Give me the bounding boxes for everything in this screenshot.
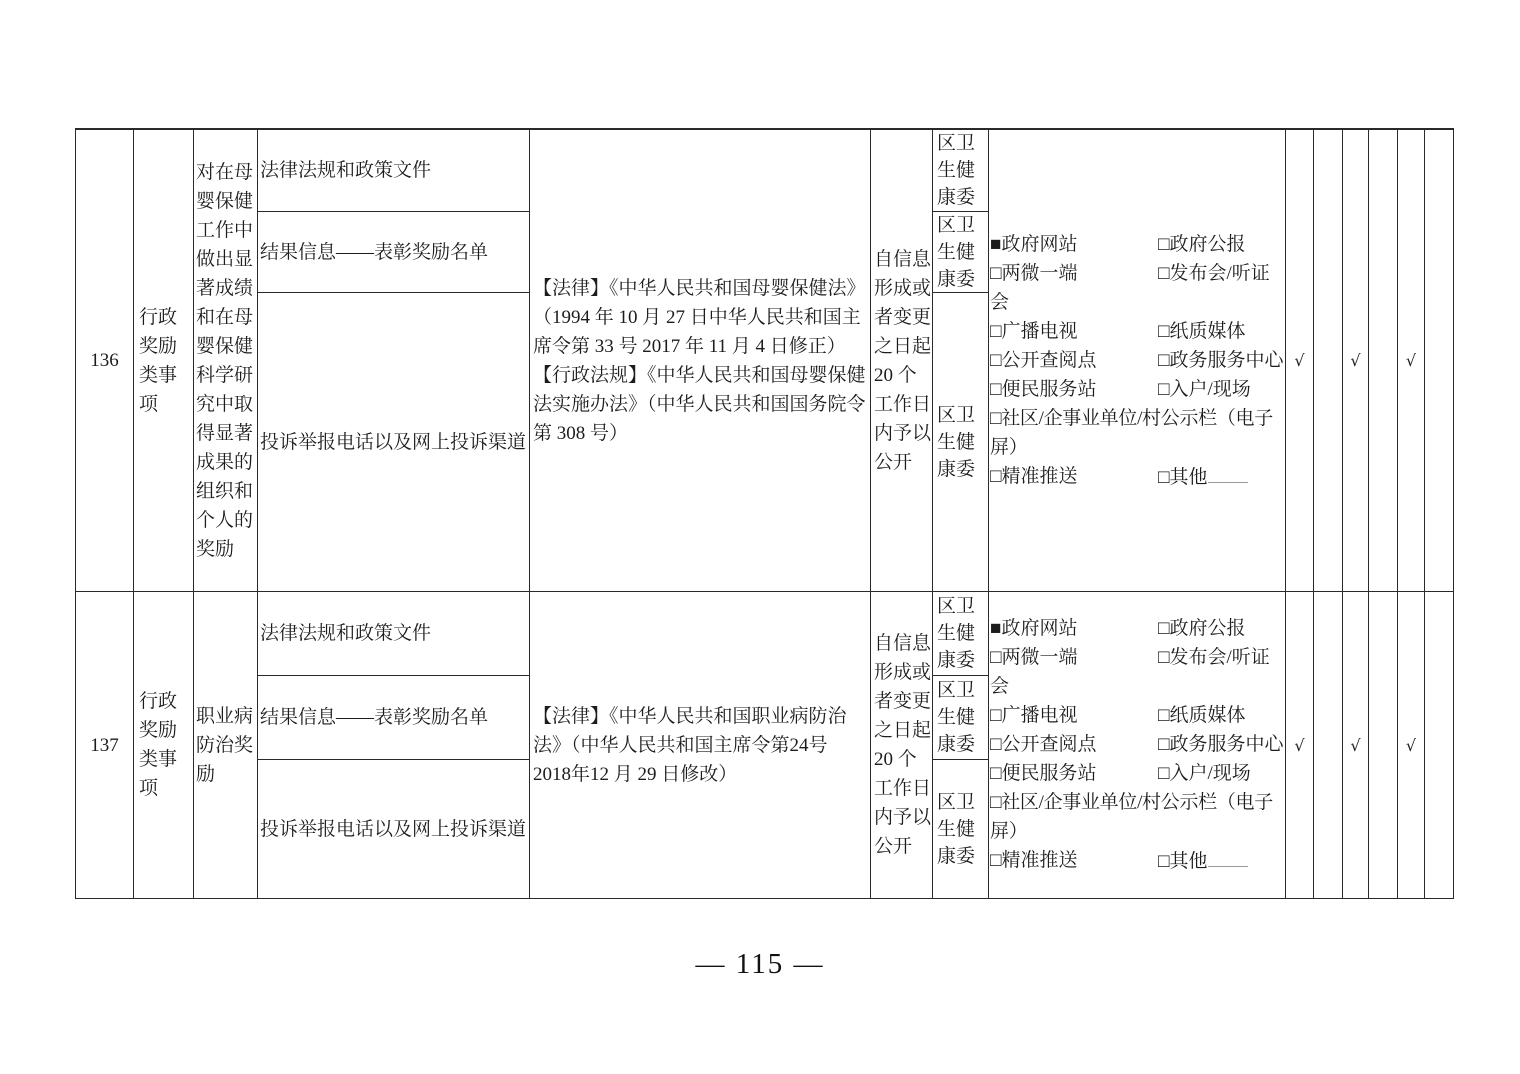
checkbox-unchecked-icon: □ bbox=[1158, 263, 1169, 284]
disclosure-table: 136 行政奖励类事项 对在母婴保健工作中做出显著成绩和在母婴保健科学研究中取得… bbox=[75, 128, 1454, 899]
check-mark: √ bbox=[1350, 731, 1360, 760]
seq-cell: 137 bbox=[76, 592, 134, 899]
channel-label: 便民服务站 bbox=[1001, 763, 1096, 784]
category-text: 行政奖励类事项 bbox=[139, 303, 188, 419]
check-cell bbox=[1314, 130, 1343, 592]
category-cell: 行政奖励类事项 bbox=[134, 130, 194, 592]
channel-label: 政府网站 bbox=[1001, 618, 1077, 639]
checkbox-unchecked-icon: □ bbox=[990, 763, 1001, 784]
check-cell: √ bbox=[1286, 130, 1314, 592]
checkbox-unchecked-icon: □ bbox=[990, 321, 1001, 342]
checkbox-unchecked-icon: □ bbox=[990, 408, 1001, 429]
other-blank-line bbox=[1208, 846, 1248, 867]
checkbox-unchecked-icon: □ bbox=[1158, 705, 1169, 726]
seq-cell: 136 bbox=[76, 130, 134, 592]
check-cell: √ bbox=[1286, 592, 1314, 899]
item-name-text: 职业病防治奖励 bbox=[196, 702, 255, 789]
channel-line: □广播电视□纸质媒体 bbox=[990, 317, 1284, 346]
checkbox-unchecked-icon: □ bbox=[990, 850, 1001, 871]
content-text: 投诉举报电话以及网上投诉渠道 bbox=[260, 428, 527, 457]
checkbox-unchecked-icon: □ bbox=[990, 705, 1001, 726]
checkbox-unchecked-icon: □ bbox=[990, 263, 1001, 284]
check-cell bbox=[1425, 592, 1454, 899]
checkbox-unchecked-icon: □ bbox=[990, 379, 1001, 400]
checkbox-unchecked-icon: □ bbox=[990, 647, 1001, 668]
channel-line: □精准推送□其他 bbox=[990, 462, 1284, 492]
channel-label: 其他 bbox=[1169, 851, 1207, 872]
channel-label: 社区/企事业单位/村公示栏（电子屏） bbox=[990, 408, 1273, 458]
channel-line: □便民服务站□入户/现场 bbox=[990, 759, 1284, 788]
channel-label: 纸质媒体 bbox=[1169, 321, 1245, 342]
check-mark: √ bbox=[1294, 731, 1304, 760]
channel-label: 广播电视 bbox=[1001, 705, 1077, 726]
checkbox-unchecked-icon: □ bbox=[1158, 234, 1169, 255]
content-cell: 法律法规和政策文件 bbox=[258, 592, 530, 676]
check-cell bbox=[1369, 592, 1398, 899]
seq-number: 137 bbox=[90, 731, 119, 760]
channel-label: 政务服务中心 bbox=[1169, 350, 1283, 371]
channel-label: 精准推送 bbox=[1001, 850, 1077, 871]
check-mark: √ bbox=[1294, 346, 1304, 375]
item-name-cell: 职业病防治奖励 bbox=[194, 592, 258, 899]
time-limit-text: 自信息形成或者变更之日起20 个工作日内予以公开 bbox=[874, 629, 932, 861]
check-mark: √ bbox=[1350, 346, 1360, 375]
category-cell: 行政奖励类事项 bbox=[134, 592, 194, 899]
checkbox-unchecked-icon: □ bbox=[1158, 618, 1169, 639]
checkbox-unchecked-icon: □ bbox=[1158, 350, 1169, 371]
category-text: 行政奖励类事项 bbox=[139, 687, 188, 803]
department-text: 区卫生健康委 bbox=[937, 212, 984, 293]
content-cell: 投诉举报电话以及网上投诉渠道 bbox=[258, 293, 530, 592]
channel-label: 入户/现场 bbox=[1169, 763, 1250, 784]
channel-line: □公开查阅点□政务服务中心 bbox=[990, 346, 1284, 375]
channel-line: ■政府网站□政府公报 bbox=[990, 614, 1284, 643]
check-cell: √ bbox=[1343, 592, 1369, 899]
seq-number: 136 bbox=[90, 346, 119, 375]
checkbox-unchecked-icon: □ bbox=[990, 734, 1001, 755]
check-cell: √ bbox=[1343, 130, 1369, 592]
legal-basis-paragraph: 【法律】《中华人民共和国母婴保健法》（1994 年 10 月 27 日中华人民共… bbox=[533, 274, 867, 361]
checkbox-unchecked-icon: □ bbox=[1158, 321, 1169, 342]
checkbox-checked-icon: ■ bbox=[990, 234, 1001, 255]
channel-label: 公开查阅点 bbox=[1001, 350, 1096, 371]
channel-label: 两微一端 bbox=[1001, 647, 1077, 668]
channels-cell: ■政府网站□政府公报 □两微一端□发布会/听证会 □广播电视□纸质媒体 □公开查… bbox=[989, 130, 1286, 592]
department-cell: 区卫生健康委 bbox=[933, 130, 989, 212]
check-cell bbox=[1425, 130, 1454, 592]
channel-label: 广播电视 bbox=[1001, 321, 1077, 342]
department-cell: 区卫生健康委 bbox=[933, 676, 989, 760]
legal-basis-paragraph: 【法律】《中华人民共和国职业病防治法》（中华人民共和国主席令第24号 2018年… bbox=[533, 702, 867, 789]
checkbox-unchecked-icon: □ bbox=[990, 466, 1001, 487]
time-limit-text: 自信息形成或者变更之日起20 个工作日内予以公开 bbox=[874, 245, 932, 477]
channel-label: 入户/现场 bbox=[1169, 379, 1250, 400]
time-limit-cell: 自信息形成或者变更之日起20 个工作日内予以公开 bbox=[871, 592, 933, 899]
department-text: 区卫生健康委 bbox=[937, 789, 984, 870]
channel-label: 便民服务站 bbox=[1001, 379, 1096, 400]
check-cell bbox=[1314, 592, 1343, 899]
checkbox-unchecked-icon: □ bbox=[990, 350, 1001, 371]
department-text: 区卫生健康委 bbox=[937, 130, 984, 211]
channel-label: 政府网站 bbox=[1001, 234, 1077, 255]
checkbox-unchecked-icon: □ bbox=[1158, 647, 1169, 668]
department-cell: 区卫生健康委 bbox=[933, 592, 989, 676]
checkbox-unchecked-icon: □ bbox=[1158, 467, 1169, 488]
channel-label: 其他 bbox=[1169, 467, 1207, 488]
channel-line: □两微一端□发布会/听证会 bbox=[990, 259, 1284, 317]
checkbox-unchecked-icon: □ bbox=[1158, 379, 1169, 400]
content-cell: 结果信息——表彰奖励名单 bbox=[258, 212, 530, 293]
channel-line: □广播电视□纸质媒体 bbox=[990, 701, 1284, 730]
channel-label: 政府公报 bbox=[1169, 234, 1245, 255]
channel-label: 社区/企事业单位/村公示栏（电子屏） bbox=[990, 792, 1273, 842]
check-cell bbox=[1369, 130, 1398, 592]
check-cell: √ bbox=[1398, 592, 1425, 899]
checkbox-unchecked-icon: □ bbox=[1158, 734, 1169, 755]
content-cell: 法律法规和政策文件 bbox=[258, 130, 530, 212]
channel-label: 两微一端 bbox=[1001, 263, 1077, 284]
legal-basis-cell: 【法律】《中华人民共和国职业病防治法》（中华人民共和国主席令第24号 2018年… bbox=[530, 592, 871, 899]
page-number: — 115 — bbox=[0, 948, 1520, 981]
content-text: 结果信息——表彰奖励名单 bbox=[260, 238, 527, 267]
department-text: 区卫生健康委 bbox=[937, 593, 984, 674]
content-text: 投诉举报电话以及网上投诉渠道 bbox=[260, 815, 527, 844]
channel-label: 政务服务中心 bbox=[1169, 734, 1283, 755]
department-text: 区卫生健康委 bbox=[937, 677, 984, 758]
checkbox-unchecked-icon: □ bbox=[1158, 763, 1169, 784]
item-name-cell: 对在母婴保健工作中做出显著成绩和在母婴保健科学研究中取得显著成果的组织和个人的奖… bbox=[194, 130, 258, 592]
check-mark: √ bbox=[1406, 731, 1416, 760]
content-cell: 投诉举报电话以及网上投诉渠道 bbox=[258, 760, 530, 899]
channel-line: □精准推送□其他 bbox=[990, 846, 1284, 876]
channels-cell: ■政府网站□政府公报 □两微一端□发布会/听证会 □广播电视□纸质媒体 □公开查… bbox=[989, 592, 1286, 899]
check-cell: √ bbox=[1398, 130, 1425, 592]
channel-line: □社区/企事业单位/村公示栏（电子屏） bbox=[990, 788, 1284, 846]
department-cell: 区卫生健康委 bbox=[933, 760, 989, 899]
content-text: 结果信息——表彰奖励名单 bbox=[260, 703, 527, 732]
channel-label: 政府公报 bbox=[1169, 618, 1245, 639]
channel-line: □社区/企事业单位/村公示栏（电子屏） bbox=[990, 404, 1284, 462]
content-text: 法律法规和政策文件 bbox=[260, 156, 527, 185]
content-cell: 结果信息——表彰奖励名单 bbox=[258, 676, 530, 760]
channel-label: 公开查阅点 bbox=[1001, 734, 1096, 755]
channel-line: □便民服务站□入户/现场 bbox=[990, 375, 1284, 404]
department-text: 区卫生健康委 bbox=[937, 402, 984, 483]
channel-line: □公开查阅点□政务服务中心 bbox=[990, 730, 1284, 759]
channel-label: 纸质媒体 bbox=[1169, 705, 1245, 726]
channel-line: □两微一端□发布会/听证会 bbox=[990, 643, 1284, 701]
checkbox-unchecked-icon: □ bbox=[990, 792, 1001, 813]
content-text: 法律法规和政策文件 bbox=[260, 619, 527, 648]
department-cell: 区卫生健康委 bbox=[933, 293, 989, 592]
department-cell: 区卫生健康委 bbox=[933, 212, 989, 293]
legal-basis-cell: 【法律】《中华人民共和国母婴保健法》（1994 年 10 月 27 日中华人民共… bbox=[530, 130, 871, 592]
legal-basis-paragraph: 【行政法规】《中华人民共和国母婴保健法实施办法》（中华人民共和国国务院令第 30… bbox=[533, 361, 867, 448]
check-mark: √ bbox=[1406, 346, 1416, 375]
channel-line: ■政府网站□政府公报 bbox=[990, 230, 1284, 259]
item-name-text: 对在母婴保健工作中做出显著成绩和在母婴保健科学研究中取得显著成果的组织和个人的奖… bbox=[196, 158, 255, 564]
time-limit-cell: 自信息形成或者变更之日起20 个工作日内予以公开 bbox=[871, 130, 933, 592]
channel-label: 精准推送 bbox=[1001, 466, 1077, 487]
checkbox-unchecked-icon: □ bbox=[1158, 851, 1169, 872]
checkbox-checked-icon: ■ bbox=[990, 618, 1001, 639]
other-blank-line bbox=[1208, 462, 1248, 483]
